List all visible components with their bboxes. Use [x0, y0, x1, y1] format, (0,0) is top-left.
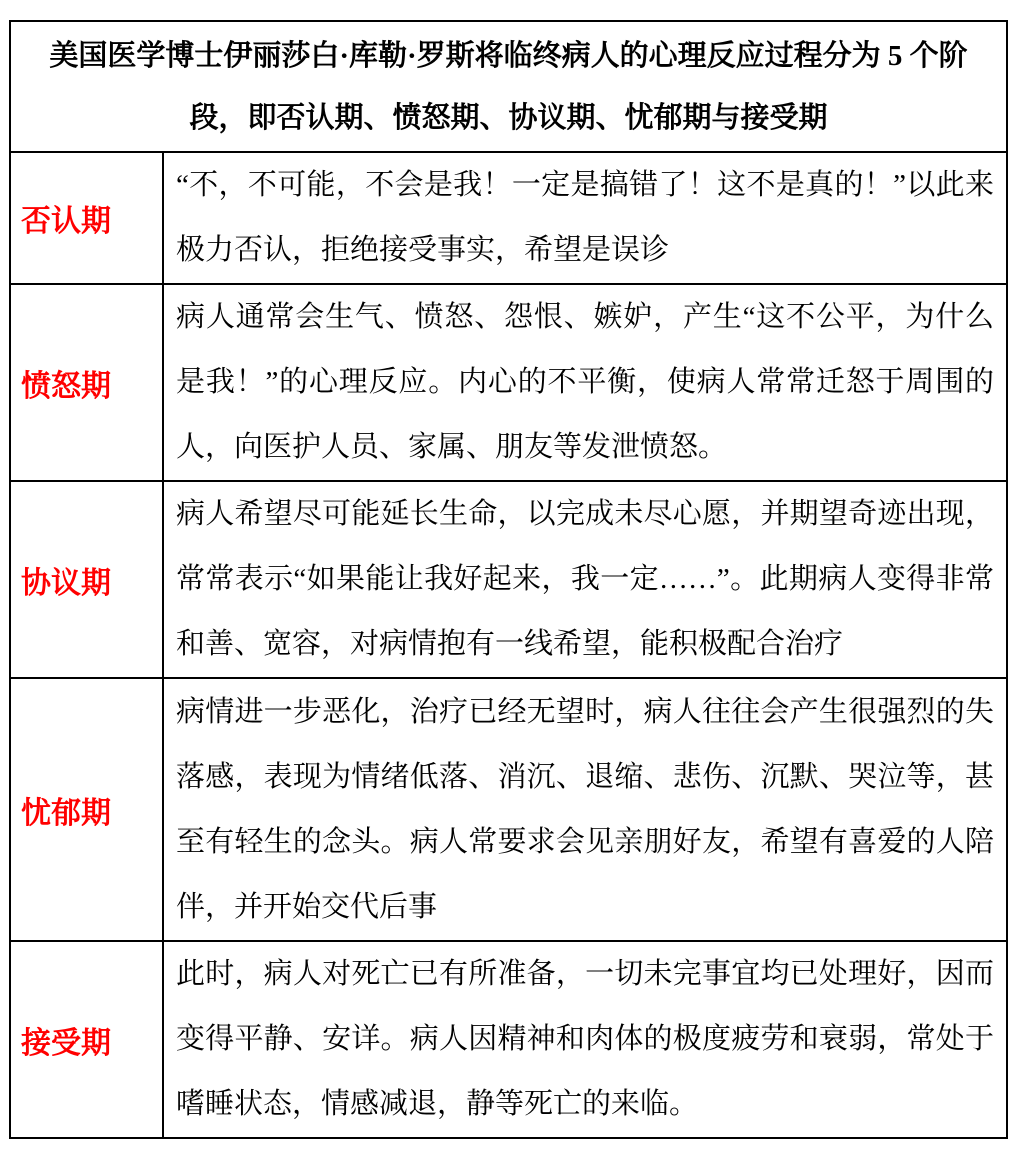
table-title-line1: 美国医学博士伊丽莎白·库勒·罗斯将临终病人的心理反应过程分为 5 个阶 [21, 25, 996, 87]
stage-description: 病人通常会生气、愤怒、怨恨、嫉妒，产生“这不公平，为什么是我！”的心理反应。内心… [163, 284, 1007, 481]
table-row: 忧郁期 病情进一步恶化，治疗已经无望时，病人往往会产生很强烈的失落感，表现为情绪… [10, 678, 1007, 941]
table-title: 美国医学博士伊丽莎白·库勒·罗斯将临终病人的心理反应过程分为 5 个阶 段，即否… [10, 21, 1007, 152]
table-title-line2: 段，即否认期、愤怒期、协议期、忧郁期与接受期 [21, 87, 996, 149]
stage-description: 此时，病人对死亡已有所准备，一切未完事宜均已处理好，因而变得平静、安详。病人因精… [163, 941, 1007, 1138]
stage-label: 协议期 [10, 481, 163, 678]
table-row: 否认期 “不，不可能，不会是我！一定是搞错了！这不是真的！”以此来极力否认，拒绝… [10, 152, 1007, 284]
stage-description: “不，不可能，不会是我！一定是搞错了！这不是真的！”以此来极力否认，拒绝接受事实… [163, 152, 1007, 284]
stage-label: 愤怒期 [10, 284, 163, 481]
table-header-row: 美国医学博士伊丽莎白·库勒·罗斯将临终病人的心理反应过程分为 5 个阶 段，即否… [10, 21, 1007, 152]
table-row: 接受期 此时，病人对死亡已有所准备，一切未完事宜均已处理好，因而变得平静、安详。… [10, 941, 1007, 1138]
stage-label: 忧郁期 [10, 678, 163, 941]
document-page: 美国医学博士伊丽莎白·库勒·罗斯将临终病人的心理反应过程分为 5 个阶 段，即否… [0, 0, 1022, 1158]
stage-label: 接受期 [10, 941, 163, 1138]
stages-table: 美国医学博士伊丽莎白·库勒·罗斯将临终病人的心理反应过程分为 5 个阶 段，即否… [9, 20, 1008, 1139]
table-row: 协议期 病人希望尽可能延长生命，以完成未尽心愿，并期望奇迹出现，常常表示“如果能… [10, 481, 1007, 678]
stage-description: 病情进一步恶化，治疗已经无望时，病人往往会产生很强烈的失落感，表现为情绪低落、消… [163, 678, 1007, 941]
table-row: 愤怒期 病人通常会生气、愤怒、怨恨、嫉妒，产生“这不公平，为什么是我！”的心理反… [10, 284, 1007, 481]
stage-description: 病人希望尽可能延长生命，以完成未尽心愿，并期望奇迹出现，常常表示“如果能让我好起… [163, 481, 1007, 678]
stage-label: 否认期 [10, 152, 163, 284]
